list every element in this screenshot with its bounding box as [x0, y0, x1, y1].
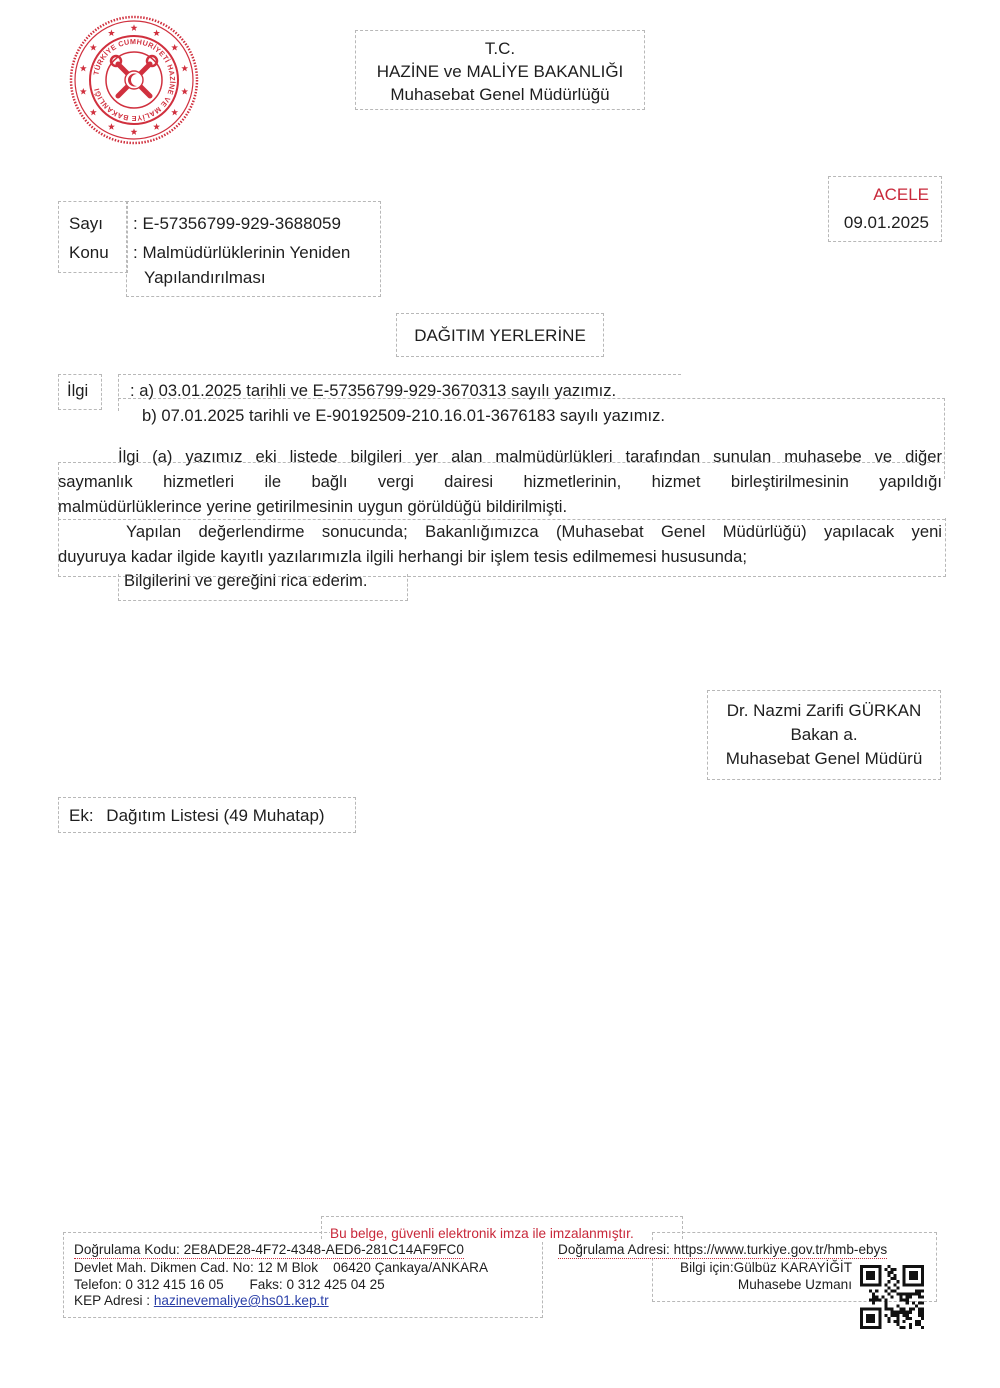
verification-code-label: Doğrulama Kodu: — [74, 1242, 180, 1257]
meta-labels: Sayı Konu — [58, 201, 128, 273]
subject-line-2: Yapılandırılması — [144, 266, 266, 290]
qr-code-icon — [860, 1265, 924, 1329]
reference-label-box: İlgi — [58, 374, 102, 410]
verification-address-link[interactable]: https://www.turkiye.gov.tr/hmb-ebys — [674, 1242, 888, 1257]
kep-line: KEP Adresi : hazinevemaliye@hs01.kep.tr — [74, 1293, 329, 1309]
ministry-seal-icon: TÜRKİYE CUMHURİYETİ HAZİNE VE MALİYE BAK… — [68, 14, 200, 146]
urgency-date-box: ACELE 09.01.2025 — [828, 176, 942, 242]
fax-number: Faks: 0 312 425 04 25 — [249, 1277, 384, 1292]
info-contact: Bilgi için:Gülbüz KARAYİĞİT — [659, 1260, 852, 1276]
meta-values: : E-57356799-929-3688059 : Malmüdürlükle… — [126, 201, 381, 297]
attachment-line: Ek: Dağıtım Listesi (49 Muhatap) — [58, 797, 356, 833]
phone-number: Telefon: 0 312 415 16 05 — [74, 1277, 224, 1292]
distribution-heading: DAĞITIM YERLERİNE — [396, 313, 604, 357]
attachment-value: Dağıtım Listesi (49 Muhatap) — [106, 806, 324, 825]
reference-item-b: b) 07.01.2025 tarihli ve E-90192509-210.… — [142, 404, 665, 428]
paragraph-1-line-2: saymanlık hizmetleri ile bağlı vergi dai… — [58, 470, 942, 494]
paragraph-1-line-3: malmüdürlüklerince yerine getirilmesinin… — [58, 495, 567, 519]
reference-label: İlgi — [67, 379, 88, 403]
document-date: 09.01.2025 — [829, 211, 929, 235]
signatory-title: Muhasebat Genel Müdürü — [708, 747, 940, 771]
signatory-on-behalf: Bakan a. — [708, 723, 940, 747]
letterhead-country: T.C. — [356, 37, 644, 60]
esignature-notice: Bu belge, güvenli elektronik imza ile im… — [330, 1226, 634, 1242]
info-title: Muhasebe Uzmanı — [659, 1277, 852, 1293]
reference-item-a: : a) 03.01.2025 tarihli ve E-57356799-92… — [130, 379, 616, 403]
kep-address-link[interactable]: hazinevemaliye@hs01.kep.tr — [154, 1293, 329, 1308]
urgency-badge: ACELE — [829, 183, 929, 207]
subject-line-1: : Malmüdürlüklerinin Yeniden — [133, 241, 350, 265]
verification-code: 2E8ADE28-4F72-4348-AED6-281C14AF9FC0 — [184, 1242, 464, 1257]
paragraph-2-line-2: duyuruya kadar ilgide kayıtlı yazılarımı… — [58, 545, 747, 569]
document-number: : E-57356799-929-3688059 — [133, 212, 341, 236]
attachment-label: Ek: — [69, 806, 94, 825]
letterhead-ministry: HAZİNE ve MALİYE BAKANLIĞI — [356, 60, 644, 83]
postal-address: Devlet Mah. Dikmen Cad. No: 12 M Blok 06… — [74, 1260, 488, 1276]
closing-line: Bilgilerini ve gereğini rica ederim. — [124, 569, 367, 593]
number-label: Sayı — [69, 212, 103, 236]
signatory-name: Dr. Nazmi Zarifi GÜRKAN — [708, 699, 940, 723]
verification-code-line: Doğrulama Kodu: 2E8ADE28-4F72-4348-AED6-… — [74, 1242, 464, 1259]
verification-address-label: Doğrulama Adresi: — [558, 1242, 670, 1257]
verification-address-line: Doğrulama Adresi: https://www.turkiye.go… — [558, 1242, 887, 1259]
letterhead: T.C. HAZİNE ve MALİYE BAKANLIĞI Muhaseba… — [355, 30, 645, 110]
paragraph-2-line-1: Yapılan değerlendirme sonucunda; Bakanlı… — [126, 520, 942, 544]
subject-label: Konu — [69, 241, 109, 265]
letterhead-department: Muhasebat Genel Müdürlüğü — [356, 83, 644, 106]
paragraph-1-line-1: İlgi (a) yazımız eki listede bilgileri y… — [118, 445, 942, 469]
phone-fax-line: Telefon: 0 312 415 16 05 Faks: 0 312 425… — [74, 1277, 385, 1293]
kep-label: KEP Adresi : — [74, 1293, 150, 1308]
signature-block: Dr. Nazmi Zarifi GÜRKAN Bakan a. Muhaseb… — [707, 690, 941, 780]
